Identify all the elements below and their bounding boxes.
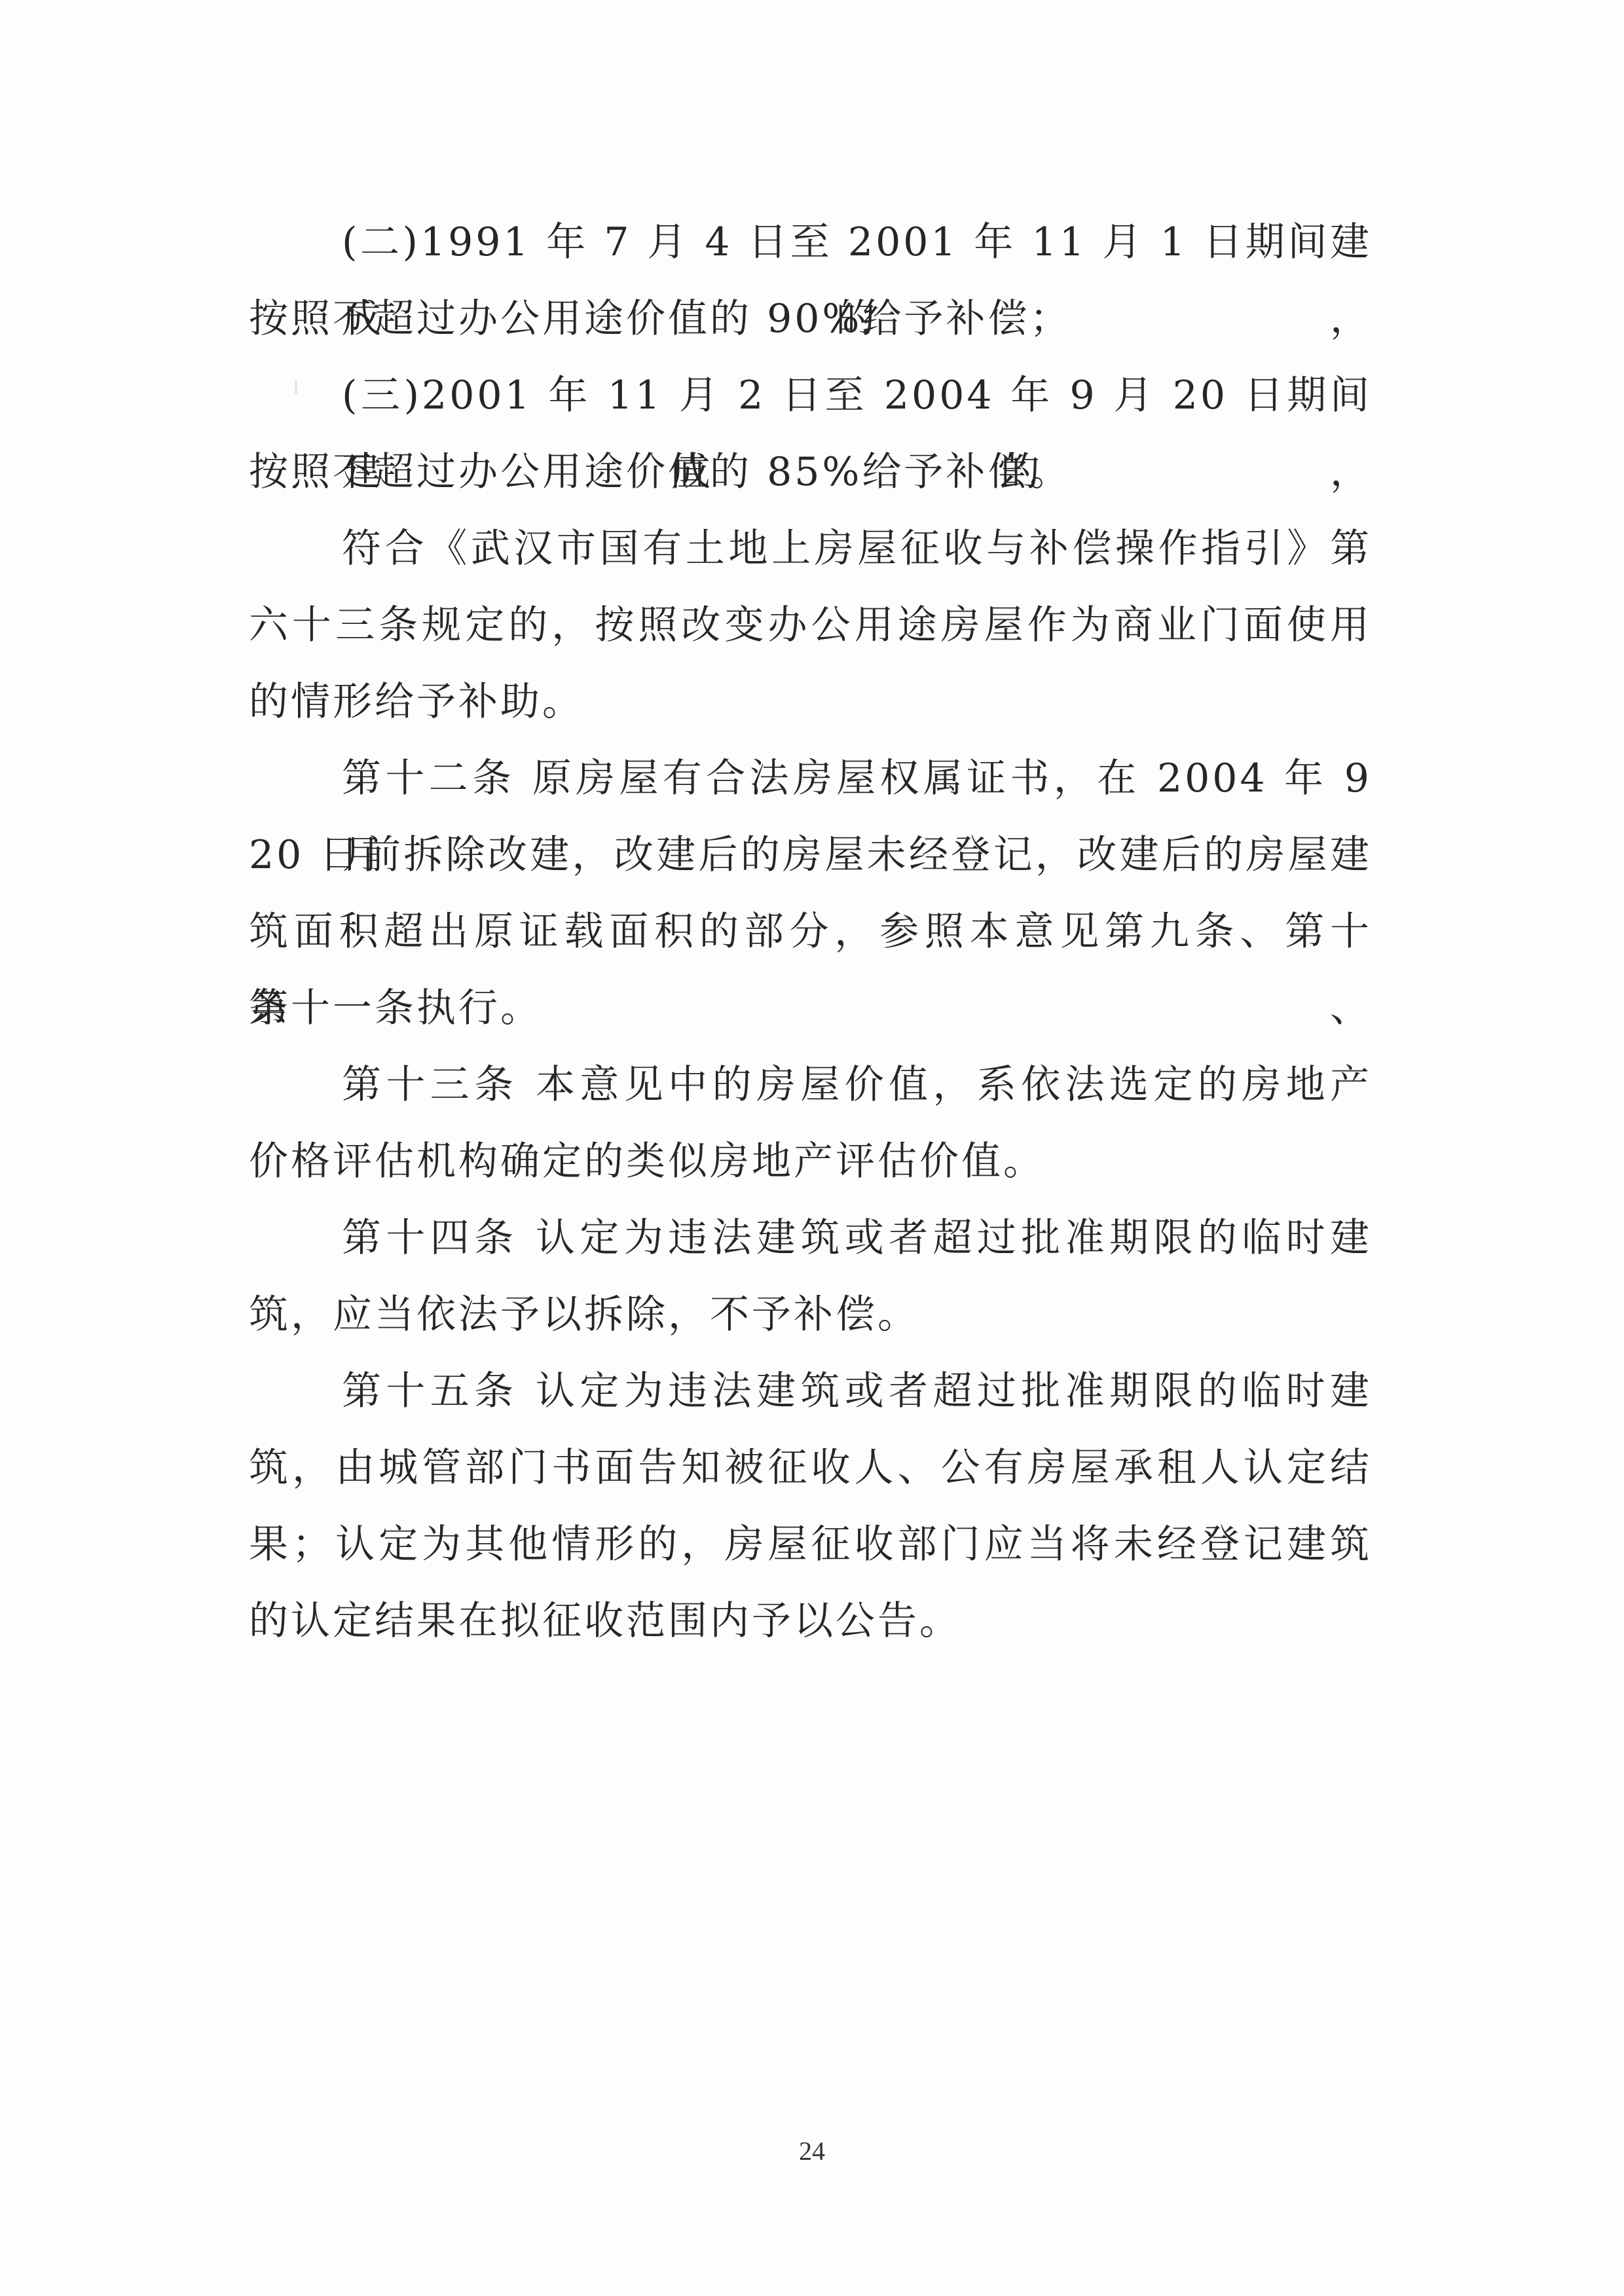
paragraph-line: 筑，应当依法予以拆除，不予补偿。 xyxy=(249,1277,1372,1353)
paragraph-line: 价格评估机构确定的类似房地产评估价值。 xyxy=(249,1123,1372,1200)
paragraph-line: 筑面积超出原证载面积的部分，参照本意见第九条、第十条、 xyxy=(249,894,1372,970)
article-heading-line: 第十二条 原房屋有合法房屋权属证书，在 2004 年 9 月 xyxy=(249,740,1372,817)
article-heading-line: 第十五条 认定为违法建筑或者超过批准期限的临时建 xyxy=(249,1353,1372,1430)
paragraph-line: 20 日前拆除改建，改建后的房屋未经登记，改建后的房屋建 xyxy=(249,817,1372,894)
paragraph-line: (三)2001 年 11 月 2 日至 2004 年 9 月 20 日期间建成的… xyxy=(249,357,1372,434)
article-heading-line: 第十三条 本意见中的房屋价值，系依法选定的房地产 xyxy=(249,1047,1372,1123)
paragraph-line: 果；认定为其他情形的，房屋征收部门应当将未经登记建筑 xyxy=(249,1506,1372,1583)
body-text: (二)1991 年 7 月 4 日至 2001 年 11 月 1 日期间建成的，… xyxy=(249,204,1372,1660)
paragraph-line: 的情形给予补助。 xyxy=(249,664,1372,740)
paragraph-line: 筑，由城管部门书面告知被征收人、公有房屋承租人认定结 xyxy=(249,1430,1372,1506)
paragraph-line: 六十三条规定的，按照改变办公用途房屋作为商业门面使用 xyxy=(249,587,1372,664)
page-number: 24 xyxy=(786,2136,838,2166)
paragraph-line: 的认定结果在拟征收范围内予以公告。 xyxy=(249,1583,1372,1660)
article-heading-line: 第十四条 认定为违法建筑或者超过批准期限的临时建 xyxy=(249,1200,1372,1277)
paragraph-line: 符合《武汉市国有土地上房屋征收与补偿操作指引》第 xyxy=(249,511,1372,587)
document-page: (二)1991 年 7 月 4 日至 2001 年 11 月 1 日期间建成的，… xyxy=(0,0,1624,2296)
paragraph-line: (二)1991 年 7 月 4 日至 2001 年 11 月 1 日期间建成的， xyxy=(249,204,1372,281)
